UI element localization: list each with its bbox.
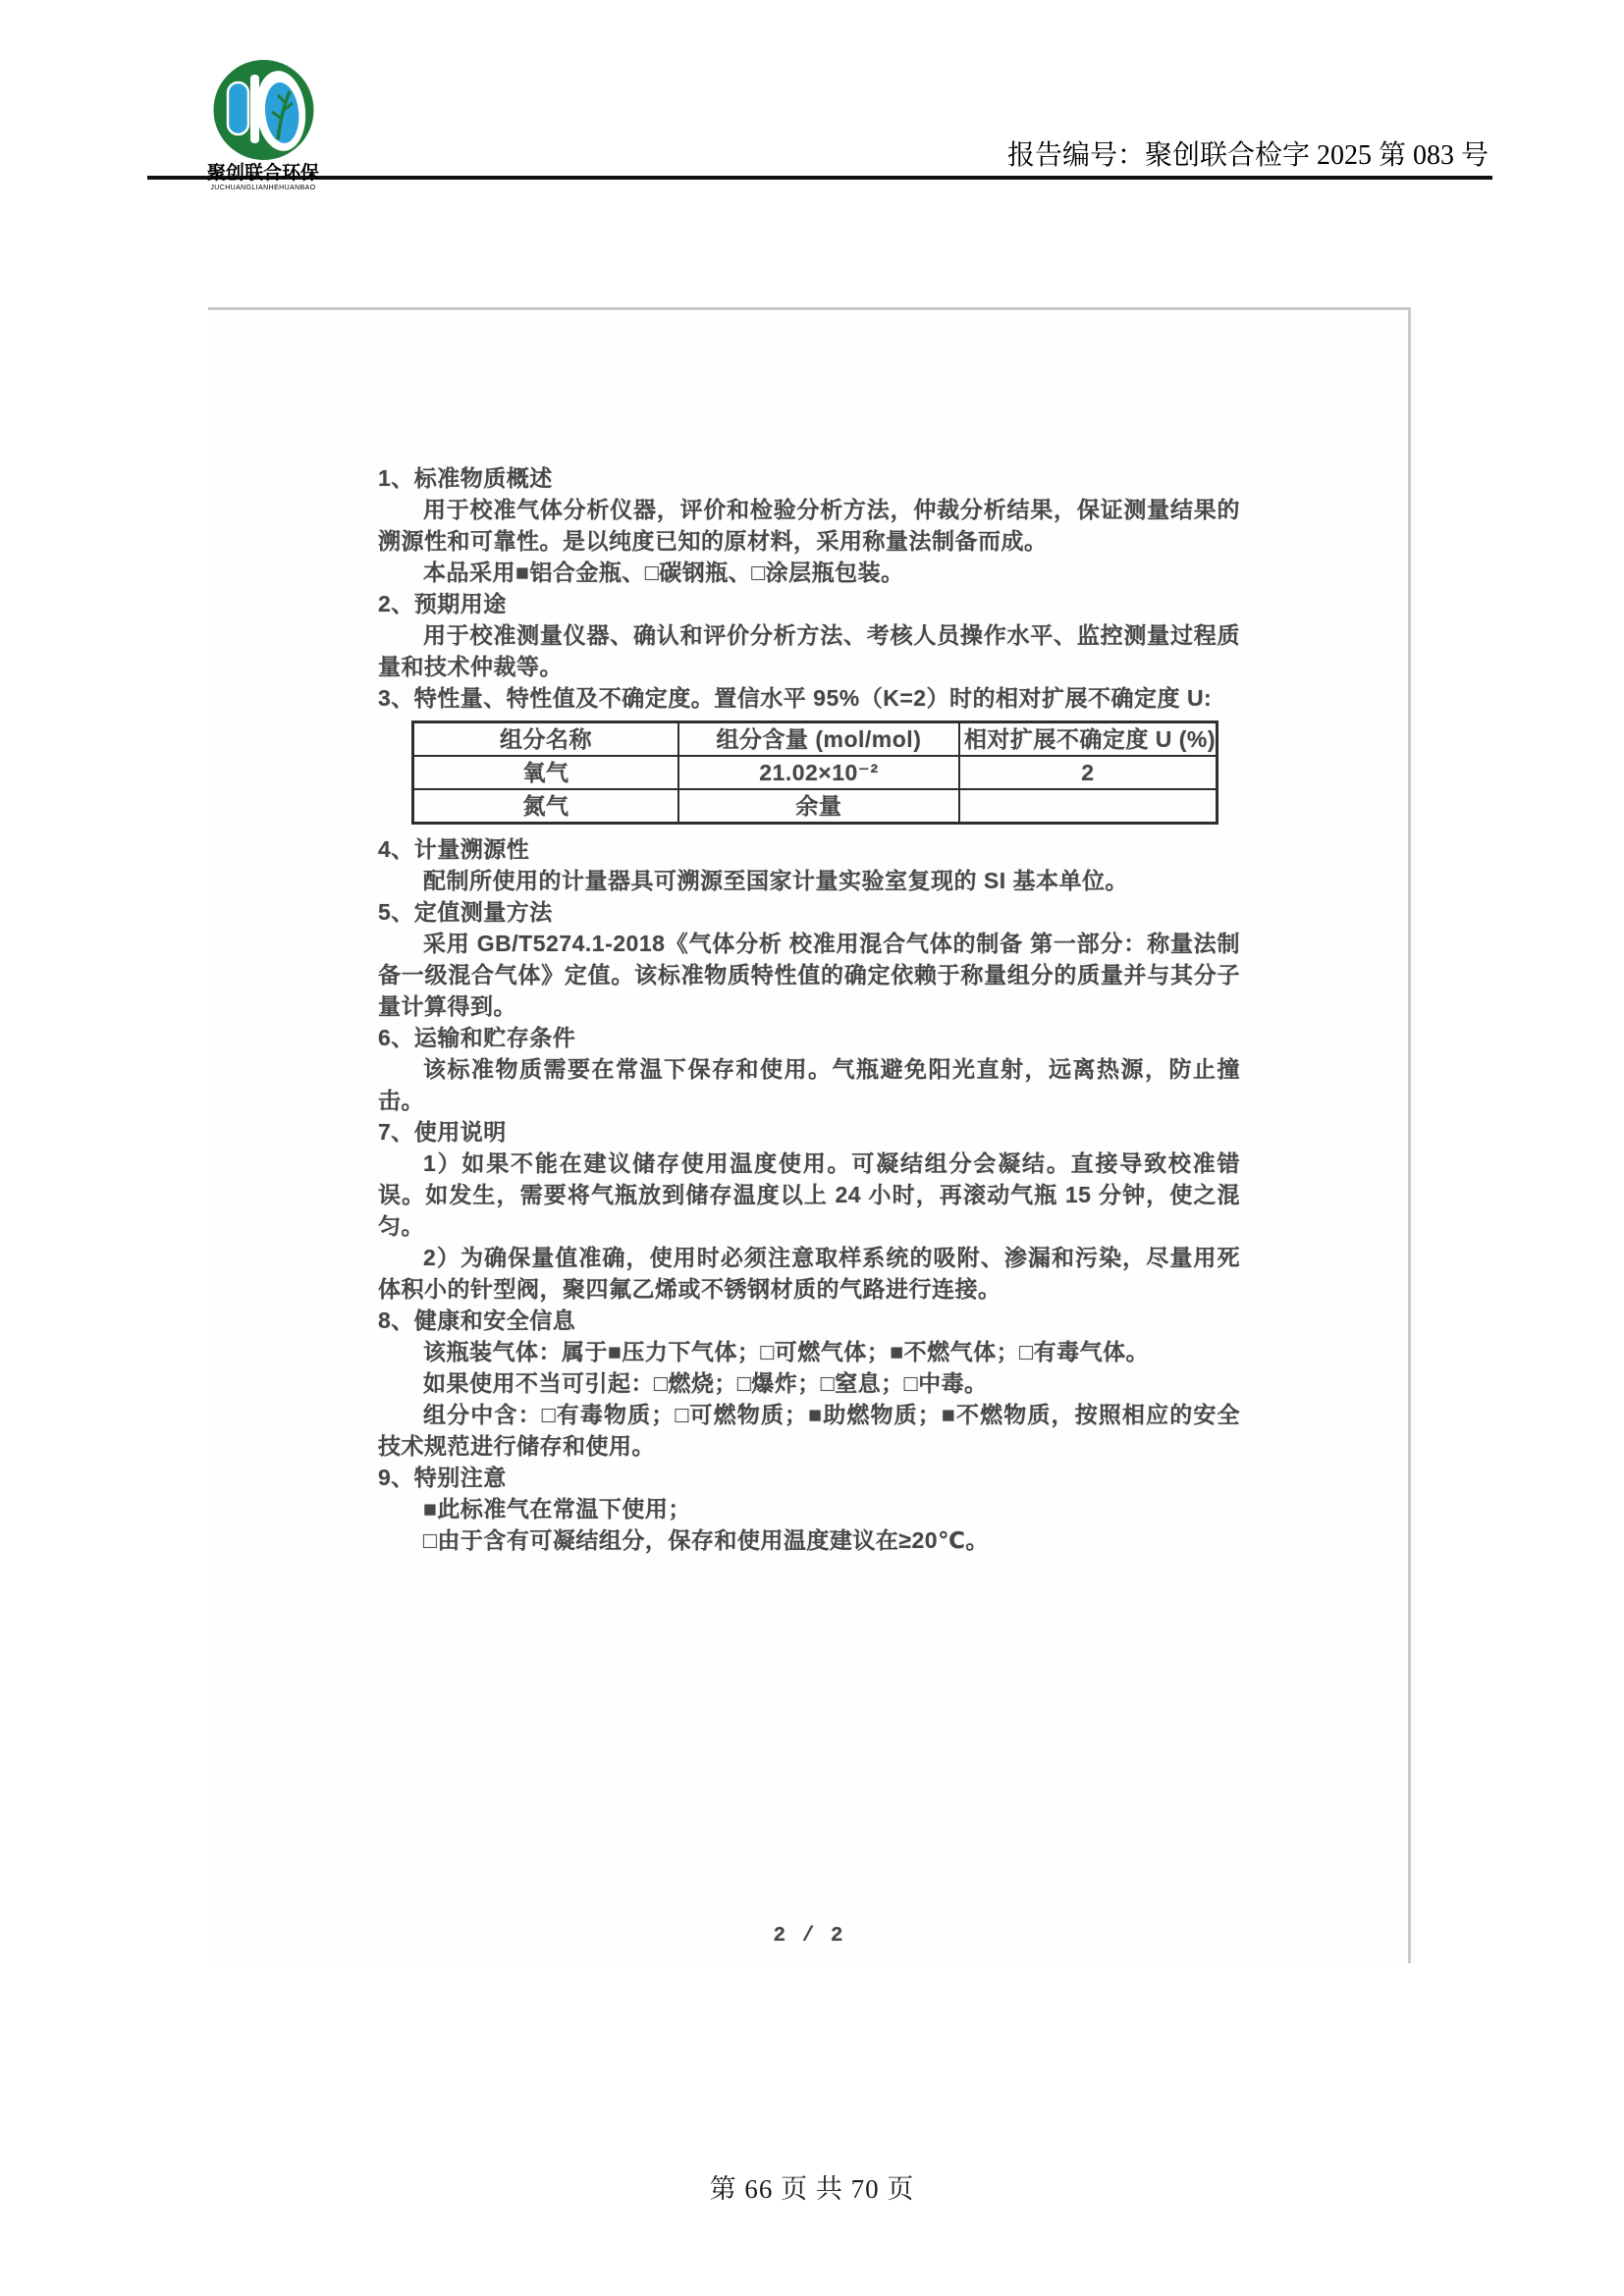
section-heading: 7、使用说明 [378, 1116, 1240, 1148]
section-heading: 3、特性量、特性值及不确定度。置信水平 95%（K=2）时的相对扩展不确定度 U… [378, 682, 1240, 714]
company-logo-cn: 聚创联合环保 [206, 164, 320, 184]
section-heading: 4、计量溯源性 [378, 833, 1240, 865]
report-number: 报告编号：聚创联合检字 2025 第 083 号 [1007, 133, 1489, 173]
table-cell: 2 [959, 756, 1218, 789]
page-number-info: 第 66 页 共 70 页 [710, 2174, 915, 2204]
table-cell: 氧气 [413, 756, 679, 789]
table-header-cell: 组分含量 (mol/mol) [678, 722, 959, 757]
paragraph: 用于校准测量仪器、确认和评价分析方法、考核人员操作水平、监控测量过程质量和技术仲… [378, 619, 1240, 682]
table-header-cell: 组分名称 [413, 722, 679, 757]
table-row: 氮气余量 [413, 789, 1218, 824]
section-heading: 2、预期用途 [378, 588, 1240, 619]
company-logo-en: JUCHUANGLIANHEHUANBAO [206, 184, 320, 192]
header-divider [147, 176, 1492, 180]
company-logo-icon [211, 57, 316, 163]
section-heading: 9、特别注意 [378, 1462, 1240, 1493]
paragraph: 用于校准气体分析仪器，评价和检验分析方法，仲裁分析结果，保证测量结果的溯源性和可… [378, 494, 1240, 557]
paragraph: 该标准物质需要在常温下保存和使用。气瓶避免阳光直射，远离热源，防止撞击。 [378, 1053, 1240, 1116]
paragraph: 如果使用不当可引起：□燃烧；□爆炸；□窒息；□中毒。 [378, 1367, 1240, 1399]
document-page-marker: 2 / 2 [378, 1921, 1240, 1952]
table-cell: 余量 [678, 789, 959, 824]
paragraph: 1）如果不能在建议储存使用温度使用。可凝结组分会凝结。直接导致校准错误。如发生，… [378, 1148, 1240, 1242]
company-logo: 聚创联合环保 JUCHUANGLIANHEHUANBAO [206, 57, 320, 192]
paragraph: 2）为确保量值准确，使用时必须注意取样系统的吸附、渗漏和污染，尽量用死体积小的针… [378, 1242, 1240, 1305]
table-cell [959, 789, 1218, 824]
paragraph: 采用 GB/T5274.1-2018《气体分析 校准用混合气体的制备 第一部分：… [378, 928, 1240, 1022]
section-heading: 6、运输和贮存条件 [378, 1022, 1240, 1053]
paragraph: 该瓶装气体：属于■压力下气体；□可燃气体；■不燃气体；□有毒气体。 [378, 1336, 1240, 1367]
section-heading: 8、健康和安全信息 [378, 1305, 1240, 1336]
table-cell: 氮气 [413, 789, 679, 824]
paragraph: □由于含有可凝结组分，保存和使用温度建议在≥20℃。 [378, 1524, 1240, 1556]
table-header-row: 组分名称组分含量 (mol/mol)相对扩展不确定度 U (%) [413, 722, 1218, 757]
scanned-document-page: 1、标准物质概述用于校准气体分析仪器，评价和检验分析方法，仲裁分析结果，保证测量… [208, 307, 1411, 1963]
paragraph: 本品采用■铝合金瓶、□碳钢瓶、□涂层瓶包装。 [378, 557, 1240, 588]
table-header-cell: 相对扩展不确定度 U (%) [959, 722, 1218, 757]
page-root: { "header": { "logo": { "name_cn": "聚创联合… [0, 0, 1624, 2296]
table-row: 氧气21.02×10⁻²2 [413, 756, 1218, 789]
table-cell: 21.02×10⁻² [678, 756, 959, 789]
paragraph: 组分中含：□有毒物质；□可燃物质；■助燃物质；■不燃物质，按照相应的安全技术规范… [378, 1399, 1240, 1462]
paragraph: ■此标准气在常温下使用； [378, 1493, 1240, 1524]
page-footer: 第 66 页 共 70 页 [0, 2167, 1624, 2206]
section-heading: 5、定值测量方法 [378, 896, 1240, 928]
components-table: 组分名称组分含量 (mol/mol)相对扩展不确定度 U (%)氧气21.02×… [411, 721, 1218, 825]
paragraph: 配制所使用的计量器具可溯源至国家计量实验室复现的 SI 基本单位。 [378, 865, 1240, 896]
document-blocks: 1、标准物质概述用于校准气体分析仪器，评价和检验分析方法，仲裁分析结果，保证测量… [378, 462, 1240, 1952]
section-heading: 1、标准物质概述 [378, 462, 1240, 494]
